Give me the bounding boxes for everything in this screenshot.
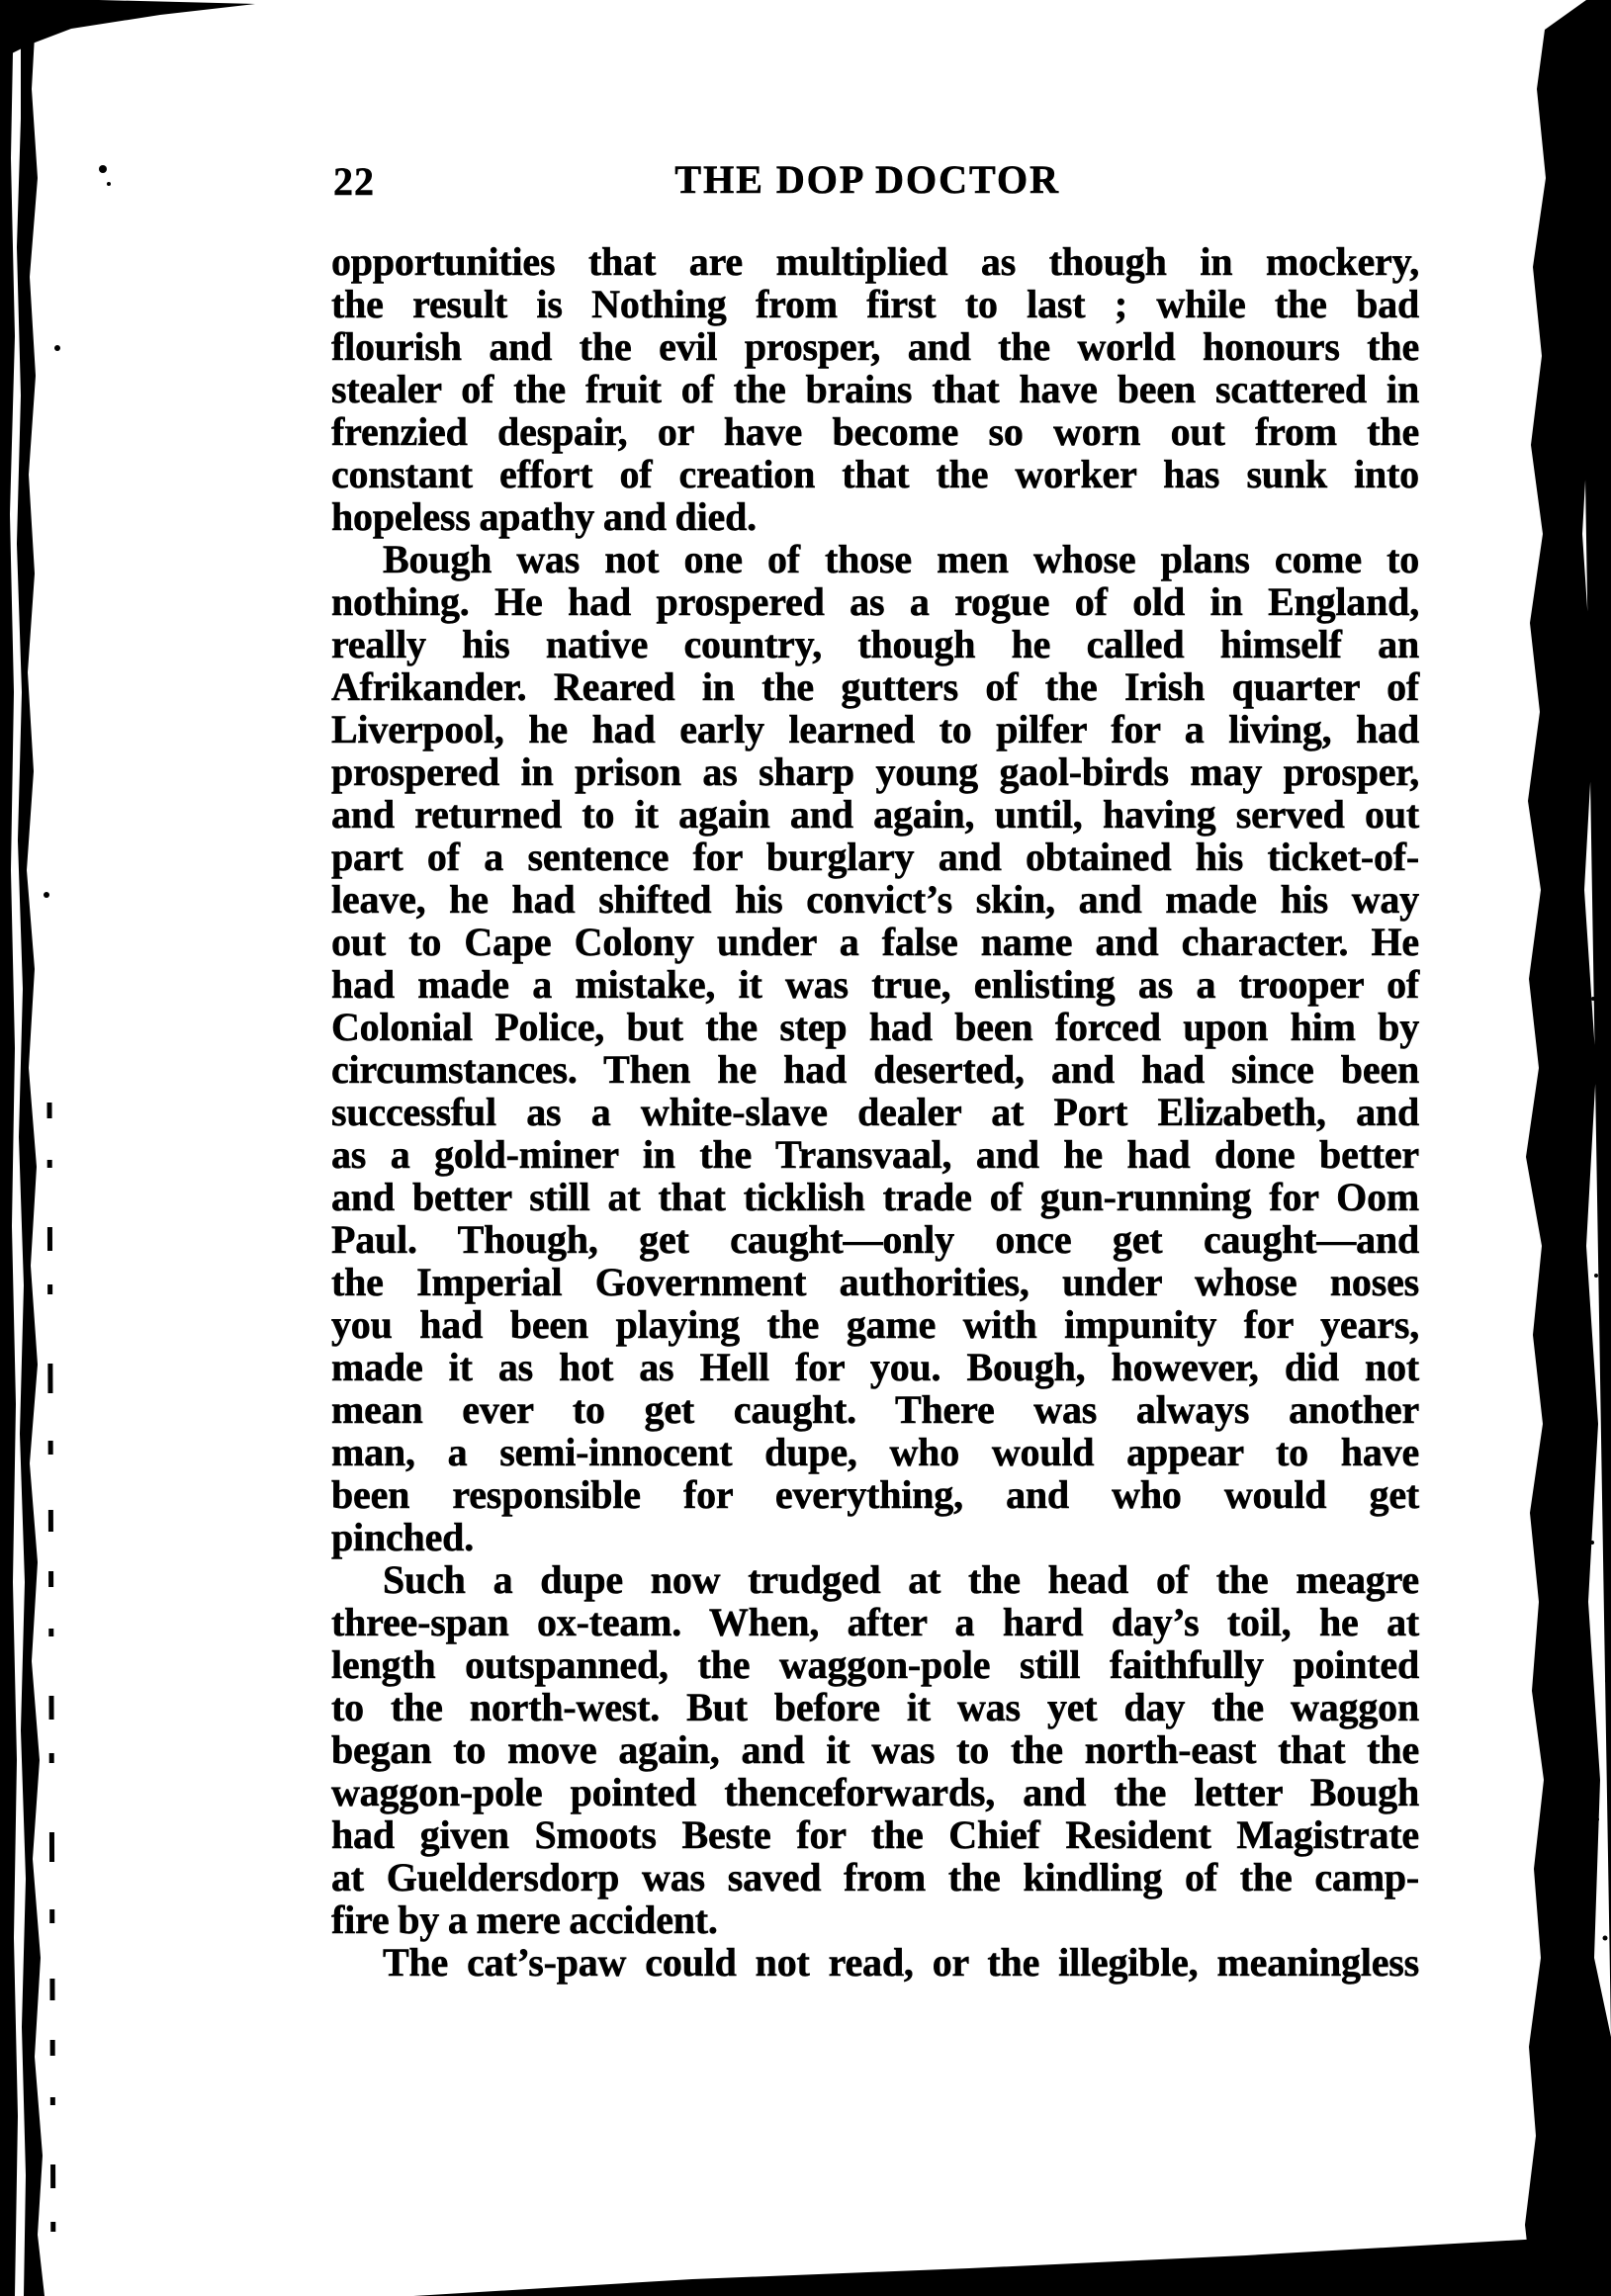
text-line: to the north-west. But before it was yet… xyxy=(331,1686,1419,1728)
scan-edge-left-outer-band xyxy=(0,0,18,2296)
text-line: The cat’s-paw could not read, or the ill… xyxy=(331,1941,1419,1984)
text-line: began to move again, and it was to the n… xyxy=(331,1728,1419,1771)
text-line: had made a mistake, it was true, enlisti… xyxy=(331,963,1419,1006)
text-line: frenzied despair, or have become so worn… xyxy=(331,410,1419,453)
text-line: waggon-pole pointed thenceforwards, and … xyxy=(331,1771,1419,1813)
text-line: had given Smoots Beste for the Chief Res… xyxy=(331,1813,1419,1856)
text-line: Liverpool, he had early learned to pilfe… xyxy=(331,708,1419,751)
text-line: pinched. xyxy=(331,1516,1419,1558)
body-text: opportunities that are multiplied as tho… xyxy=(331,240,1419,1984)
page-number: 22 xyxy=(333,158,375,205)
text-line: circumstances. Then he had deserted, and… xyxy=(331,1048,1419,1091)
text-line: Bough was not one of those men whose pla… xyxy=(331,538,1419,580)
text-line: length outspanned, the waggon-pole still… xyxy=(331,1643,1419,1686)
text-line: hopeless apathy and died. xyxy=(331,495,1419,538)
text-line: you had been playing the game with impun… xyxy=(331,1303,1419,1346)
scan-margin-ticks xyxy=(49,1103,53,2296)
scan-edge-right-band xyxy=(1525,0,1611,2296)
text-line: made it as hot as Hell for you. Bough, h… xyxy=(331,1346,1419,1388)
text-line: part of a sentence for burglary and obta… xyxy=(331,836,1419,878)
text-line: Such a dupe now trudged at the head of t… xyxy=(331,1558,1419,1601)
text-line: mean ever to get caught. There was alway… xyxy=(331,1388,1419,1431)
text-line: prospered in prison as sharp young gaol-… xyxy=(331,751,1419,793)
scan-bottom-shadow xyxy=(413,2235,1611,2296)
scan-speck-dot xyxy=(107,182,111,186)
scan-speck-dot xyxy=(99,165,107,173)
text-line: Paul. Though, get caught—only once get c… xyxy=(331,1218,1419,1261)
text-line: Colonial Police, but the step had been f… xyxy=(331,1006,1419,1048)
scan-speck-dot xyxy=(54,345,60,351)
text-line: nothing. He had prospered as a rogue of … xyxy=(331,580,1419,623)
running-title: THE DOP DOCTOR xyxy=(674,156,1060,203)
text-line: Afrikander. Reared in the gutters of the… xyxy=(331,665,1419,708)
text-line: constant effort of creation that the wor… xyxy=(331,453,1419,495)
text-line: three-span ox-team. When, after a hard d… xyxy=(331,1601,1419,1643)
text-line: and better still at that ticklish trade … xyxy=(331,1176,1419,1218)
text-line: flourish and the evil prosper, and the w… xyxy=(331,325,1419,368)
scan-speck-dot xyxy=(44,892,49,898)
text-line: the Imperial Government authorities, und… xyxy=(331,1261,1419,1303)
text-line: opportunities that are multiplied as tho… xyxy=(331,240,1419,283)
text-line: leave, he had shifted his convict’s skin… xyxy=(331,878,1419,921)
text-line: the result is Nothing from first to last… xyxy=(331,283,1419,325)
text-line: at Gueldersdorp was saved from the kindl… xyxy=(331,1856,1419,1899)
text-line: and returned to it again and again, unti… xyxy=(331,793,1419,836)
text-line: fire by a mere accident. xyxy=(331,1899,1419,1941)
text-line: out to Cape Colony under a false name an… xyxy=(331,921,1419,963)
page-header: 22 THE DOP DOCTOR xyxy=(331,156,1419,206)
scan-speckles-right xyxy=(1563,64,1611,2040)
text-line: really his native country, though he cal… xyxy=(331,623,1419,665)
text-line: stealer of the fruit of the brains that … xyxy=(331,368,1419,410)
book-page: 22 THE DOP DOCTOR opportunities that are… xyxy=(0,0,1611,2296)
scan-tear-top-left xyxy=(0,0,255,59)
scan-edge-left-inner-band xyxy=(17,0,45,2296)
text-line: successful as a white-slave dealer at Po… xyxy=(331,1091,1419,1133)
text-line: man, a semi-innocent dupe, who would app… xyxy=(331,1431,1419,1473)
text-line: been responsible for everything, and who… xyxy=(331,1473,1419,1516)
text-line: as a gold-miner in the Transvaal, and he… xyxy=(331,1133,1419,1176)
